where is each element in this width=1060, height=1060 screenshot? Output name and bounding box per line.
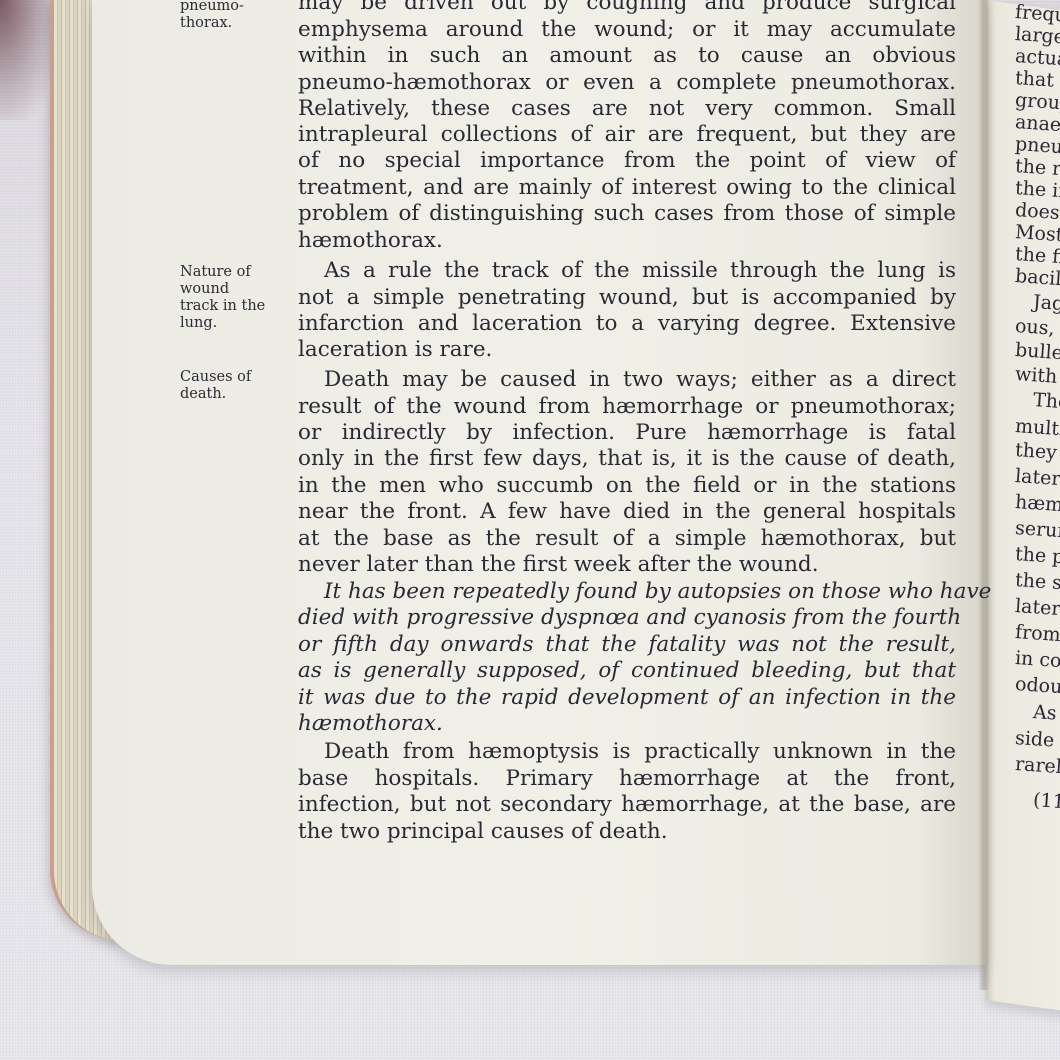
- right-page-fragment: The: [1032, 388, 1060, 414]
- right-page-fragment: later: [1014, 594, 1060, 621]
- margin-note-causes-of-death: Causes of death.: [180, 369, 292, 403]
- text-line: it was due to the rapid development of a…: [298, 685, 956, 711]
- right-page-fragment: from: [1014, 620, 1060, 647]
- right-page-fragment: odour: [1014, 672, 1060, 700]
- right-page-fragment: the sid: [1014, 568, 1060, 596]
- text-line: infection, but not secondary hæmorrhage,…: [298, 792, 956, 818]
- text-line: died with progressive dyspnœa and cyanos…: [298, 605, 956, 631]
- text-line: treatment, and are mainly of interest ow…: [298, 175, 956, 201]
- right-page-fragment: in colo: [1014, 646, 1060, 674]
- text-line: may be driven out by coughing and produc…: [298, 0, 956, 16]
- right-page-fragment: bacill: [1014, 264, 1060, 292]
- margin-note-pneumothorax: pneumo- thorax.: [180, 0, 292, 32]
- right-page-fragment: (115: [1032, 788, 1060, 815]
- right-page-fragment: hæmo: [1014, 490, 1060, 518]
- text-line: Death may be caused in two ways; either …: [298, 367, 956, 393]
- text-line: hæmothorax.: [298, 711, 956, 737]
- right-page-fragment: rarely: [1014, 752, 1060, 780]
- text-line: not a simple penetrating wound, but is a…: [298, 285, 956, 311]
- right-page-fragment: serum: [1014, 516, 1060, 544]
- right-page-fragment: with a: [1014, 362, 1060, 390]
- margin-note-wound-track: Nature of wound track in the lung.: [180, 264, 292, 332]
- book-gutter: [978, 0, 990, 990]
- text-line: Relatively, these cases are not very com…: [298, 96, 956, 122]
- text-line: base hospitals. Primary hæmorrhage at th…: [298, 766, 956, 792]
- text-line: emphysema around the wound; or it may ac…: [298, 17, 956, 43]
- text-line: result of the wound from hæmorrhage or p…: [298, 394, 956, 420]
- right-page-fragment: they r: [1014, 438, 1060, 466]
- text-line: or indirectly by infection. Pure hæmorrh…: [298, 420, 956, 446]
- text-line: laceration is rare.: [298, 337, 956, 363]
- text-line: only in the first few days, that is, it …: [298, 446, 956, 472]
- text-line: in the men who succumb on the field or i…: [298, 473, 956, 499]
- right-page-fragment: multi: [1014, 414, 1060, 441]
- text-line: at the base as the result of a simple hæ…: [298, 526, 956, 552]
- text-line: It has been repeatedly found by autopsie…: [298, 579, 956, 605]
- text-line: of no special importance from the point …: [298, 148, 956, 174]
- text-line: within in such an amount as to cause an …: [298, 43, 956, 69]
- right-page-fragment: later: [1014, 464, 1060, 491]
- right-page-fragment: Jag: [1032, 290, 1060, 316]
- right-page-fragment: side of: [1014, 726, 1060, 754]
- text-line: Death from hæmoptysis is practically unk…: [298, 739, 956, 765]
- text-line: or fifth day onwards that the fatality w…: [298, 632, 956, 658]
- text-line: the two principal causes of death.: [298, 819, 956, 845]
- text-line: hæmothorax.: [298, 228, 956, 254]
- text-line: problem of distinguishing such cases fro…: [298, 201, 956, 227]
- text-line: As a rule the track of the missile throu…: [298, 258, 956, 284]
- text-line: pneumo-hæmothorax or even a complete pne…: [298, 70, 956, 96]
- text-line: as is generally supposed, of continued b…: [298, 658, 956, 684]
- right-page-fragment: As t: [1032, 700, 1060, 727]
- right-page-fragment: the p: [1014, 542, 1060, 569]
- text-line: never later than the first week after th…: [298, 552, 956, 578]
- text-line: intrapleural collections of air are freq…: [298, 122, 956, 148]
- text-line: infarction and laceration to a varying d…: [298, 311, 956, 337]
- text-line: near the front. A few have died in the g…: [298, 499, 956, 525]
